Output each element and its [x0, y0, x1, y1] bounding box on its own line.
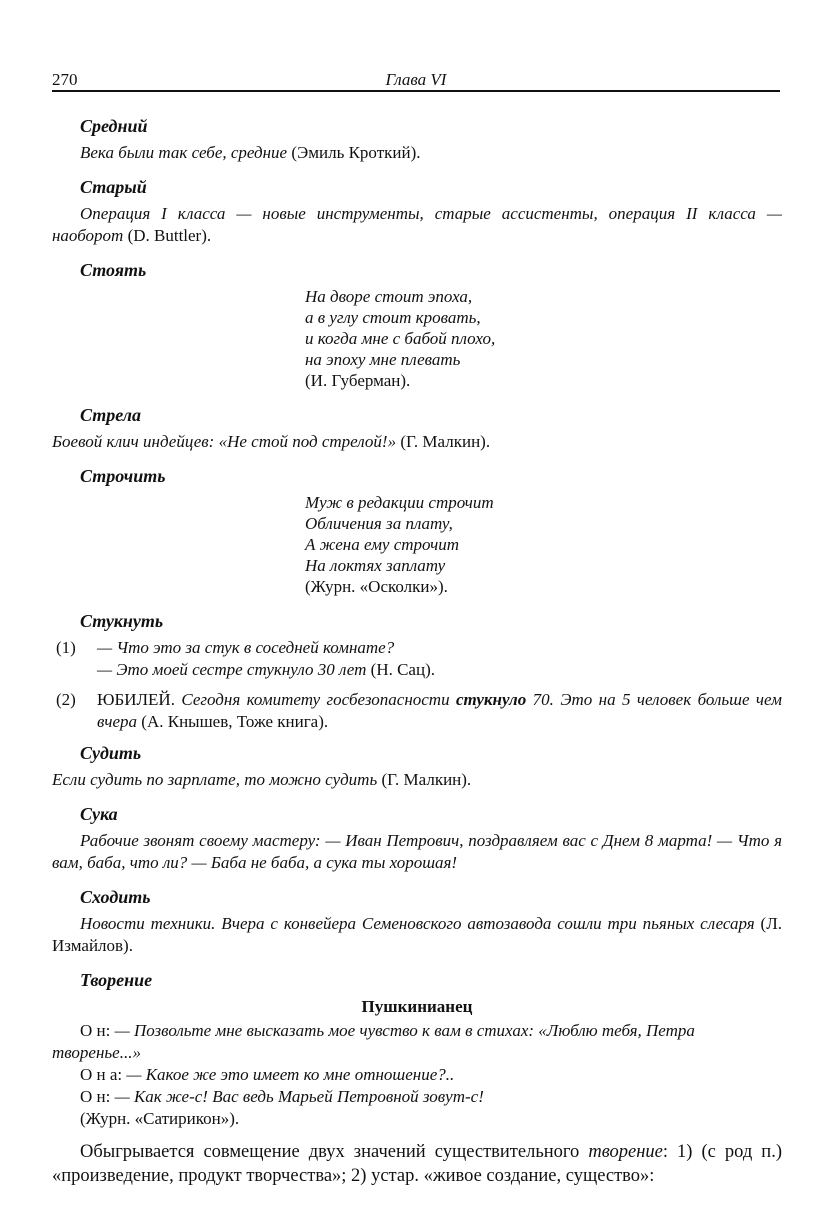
quote: Века были так себе, средние	[80, 143, 287, 162]
header-rule	[52, 90, 780, 92]
poem-line: На дворе стоит эпоха,	[305, 286, 782, 307]
source: (Н. Сац).	[366, 660, 435, 679]
headword: Старый	[80, 175, 782, 199]
quote: Если судить по зарплате, то можно судить	[52, 770, 377, 789]
commentary: Обыгрывается совмещение двух значений су…	[52, 1140, 782, 1188]
source: (Журн. «Сатирикон»).	[52, 1108, 782, 1130]
chapter-title: Глава VI	[52, 70, 780, 90]
numbered-example: (1) — Что это за стук в соседней комнате…	[52, 637, 782, 681]
source: (И. Губерман).	[305, 370, 782, 391]
quote: Боевой клич индейцев: «Не стой под стрел…	[52, 432, 396, 451]
poem-line: а в углу стоит кровать,	[305, 307, 782, 328]
quote: Сегодня комитету госбезопасности	[181, 690, 456, 709]
quote: — Какое же это имеет ко мне отношение?..	[126, 1065, 454, 1084]
anecdote-title: Пушкинианец	[52, 996, 782, 1018]
commentary-text: Обыгрывается совмещение двух значений су…	[80, 1142, 588, 1162]
example-text: ЮБИЛЕЙ. Сегодня комитету госбезопасности…	[97, 689, 782, 733]
source: (А. Кнышев, Тоже книга).	[137, 712, 328, 731]
headword: Стрела	[80, 403, 782, 427]
poem: Муж в редакции строчит Обличения за плат…	[305, 492, 782, 597]
example-number: (1)	[56, 637, 76, 659]
headword: Строчить	[80, 464, 782, 488]
quote: — Это моей сестре стукнуло 30 лет	[97, 660, 366, 679]
source: (Г. Малкин).	[377, 770, 471, 789]
speaker: О н:	[80, 1021, 115, 1040]
entry-text: Боевой клич индейцев: «Не стой под стрел…	[52, 431, 782, 453]
source: (Эмиль Кроткий).	[287, 143, 420, 162]
dialogue-line: — Что это за стук в соседней комнате?	[97, 637, 782, 659]
example-number: (2)	[56, 689, 76, 711]
quote: — Позвольте мне высказать мое чувство к …	[52, 1021, 695, 1062]
page-content: Средний Века были так себе, средние (Эми…	[52, 114, 782, 1188]
poem-line: А жена ему строчит	[305, 534, 782, 555]
poem-line: Обличения за плату,	[305, 513, 782, 534]
term: творение	[588, 1142, 663, 1162]
headword: Средний	[80, 114, 782, 138]
running-head: 270 Глава VI	[52, 70, 780, 92]
headword: Стоять	[80, 258, 782, 282]
entry-text: Операция I класса — новые инструменты, с…	[52, 203, 782, 247]
quote: — Как же-с! Вас ведь Марьей Петровной зо…	[115, 1087, 484, 1106]
numbered-example: (2) ЮБИЛЕЙ. Сегодня комитету госбезопасн…	[52, 689, 782, 733]
dialogue-line: О н: — Как же-с! Вас ведь Марьей Петровн…	[52, 1086, 782, 1108]
poem-line: На локтях заплату	[305, 555, 782, 576]
poem-line: на эпоху мне плевать	[305, 349, 782, 370]
quote: Рабочие звонят своему мастеру: — Иван Пе…	[52, 831, 782, 872]
lead: ЮБИЛЕЙ.	[97, 690, 181, 709]
headword: Сходить	[80, 885, 782, 909]
poem: На дворе стоит эпоха, а в углу стоит кро…	[305, 286, 782, 391]
quote: Новости техники. Вчера с конвейера Семен…	[80, 914, 755, 933]
headword: Стукнуть	[80, 609, 782, 633]
entry-text: Если судить по зарплате, то можно судить…	[52, 769, 782, 791]
headword: Творение	[80, 968, 782, 992]
entry-text: Века были так себе, средние (Эмиль Кротк…	[52, 142, 782, 164]
speaker: О н:	[80, 1087, 115, 1106]
source: (Журн. «Осколки»).	[305, 576, 782, 597]
entry-text: Рабочие звонят своему мастеру: — Иван Пе…	[52, 830, 782, 874]
speaker: О н а:	[80, 1065, 126, 1084]
entry-text: Новости техники. Вчера с конвейера Семен…	[52, 913, 782, 957]
dialogue-line: О н: — Позвольте мне высказать мое чувст…	[52, 1020, 782, 1064]
book-page: 270 Глава VI Средний Века были так себе,…	[0, 0, 834, 1230]
poem-line: Муж в редакции строчит	[305, 492, 782, 513]
headword: Сука	[80, 802, 782, 826]
emphasis: стукнуло	[456, 690, 526, 709]
dialogue-line: О н а: — Какое же это имеет ко мне отнош…	[52, 1064, 782, 1086]
source: (Г. Малкин).	[396, 432, 490, 451]
dialogue-line: — Это моей сестре стукнуло 30 лет (Н. Са…	[97, 659, 782, 681]
poem-line: и когда мне с бабой плохо,	[305, 328, 782, 349]
headword: Судить	[80, 741, 782, 765]
source: (D. Buttler).	[123, 226, 211, 245]
